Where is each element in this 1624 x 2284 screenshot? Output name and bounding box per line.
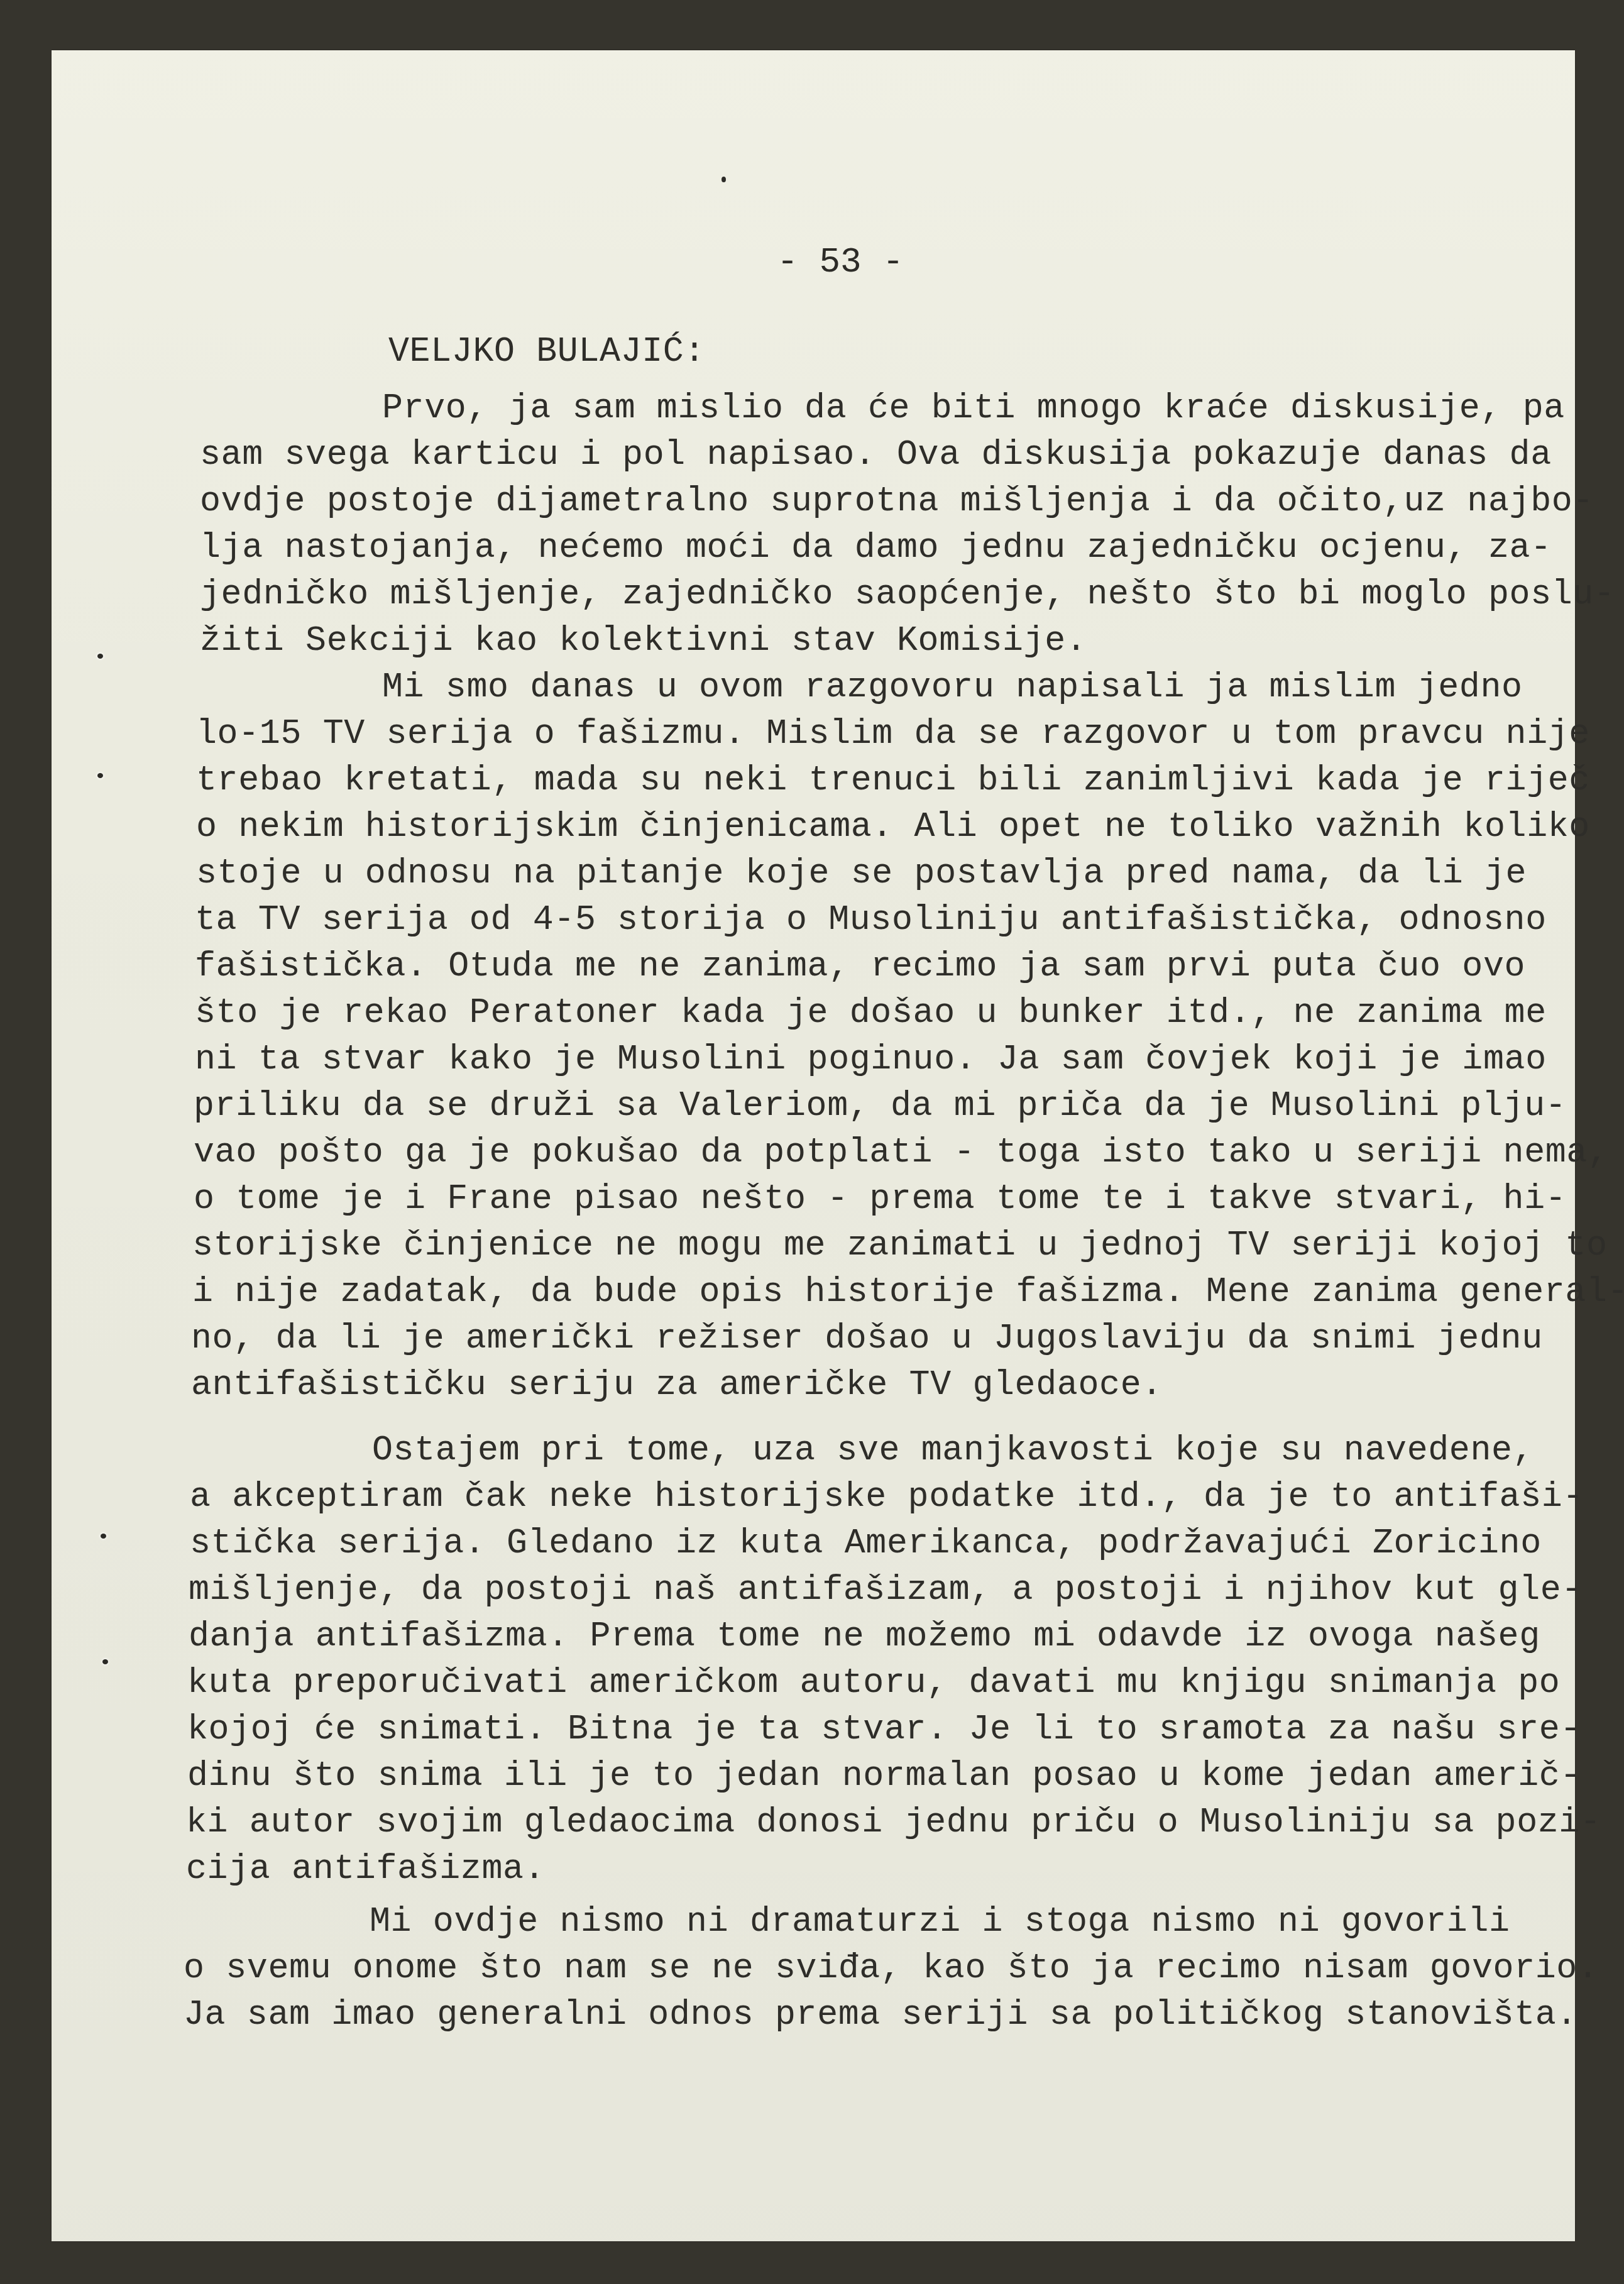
paragraph-4-line-3: Ja sam imao generalni odnos prema seriji…	[184, 1997, 1577, 2032]
paragraph-2-line-8: što je rekao Peratoner kada je došao u b…	[195, 996, 1547, 1030]
paragraph-3-line-10: cija antifašizma.	[186, 1852, 545, 1886]
paragraph-2-line-13: storijske činjenice ne mogu me zanimati …	[192, 1228, 1608, 1263]
paragraph-3-line-5: danja antifašizma. Prema tome ne možemo …	[189, 1619, 1540, 1654]
punch-hole-mark	[97, 654, 103, 659]
punch-hole-mark	[97, 773, 103, 778]
paragraph-3-line-6: kuta preporučivati američkom autoru, dav…	[187, 1666, 1560, 1700]
paragraph-2-line-2: lo-15 TV serija o fašizmu. Mislim da se …	[196, 716, 1590, 751]
paragraph-3-line-8: dinu što snima ili je to jedan normalan …	[187, 1759, 1581, 1793]
paragraph-2-line-5: stoje u odnosu na pitanje koje se postav…	[196, 856, 1527, 891]
paragraph-2-line-11: vao pošto ga je pokušao da potplati - to…	[194, 1135, 1609, 1170]
document-body: VELJKO BULAJIĆ: Prvo, ja sam mislio da ć…	[0, 0, 42, 1782]
paragraph-2-line-4: o nekim historijskim činjenicama. Ali op…	[196, 810, 1590, 844]
punch-hole-mark	[101, 1534, 106, 1539]
paragraph-2-line-14: i nije zadatak, da bude opis historije f…	[192, 1275, 1624, 1309]
paragraph-3-line-2: a akceptiram čak neke historijske podatk…	[190, 1480, 1584, 1514]
speaker-heading: VELJKO BULAJIĆ:	[388, 334, 705, 369]
paragraph-2-line-6: ta TV serija od 4-5 storija o Musoliniju…	[195, 903, 1547, 937]
paragraph-1-line-6: žiti Sekciji kao kolektivni stav Komisij…	[200, 623, 1087, 658]
paragraph-1-line-5: jedničko mišljenje, zajedničko saopćenje…	[200, 577, 1615, 612]
paragraph-1-line-1: Prvo, ja sam mislio da će biti mnogo kra…	[382, 391, 1565, 426]
paragraph-1-line-3: ovdje postoje dijametralno suprotna mišl…	[200, 484, 1594, 519]
paragraph-2-line-3: trebao kretati, mada su neki trenuci bil…	[196, 763, 1590, 798]
paragraph-4-line-1: Mi ovdje nismo ni dramaturzi i stoga nis…	[370, 1904, 1510, 1939]
paragraph-2-line-7: fašistička. Otuda me ne zanima, recimo j…	[195, 949, 1525, 984]
paragraph-3-line-7: kojoj će snimati. Bitna je ta stvar. Je …	[187, 1712, 1581, 1747]
paragraph-3-line-4: mišljenje, da postoji naš antifašizam, a…	[189, 1573, 1583, 1607]
ink-speck	[721, 177, 726, 182]
paragraph-4-line-2: o svemu onome što nam se ne sviđa, kao š…	[184, 1951, 1599, 1985]
paragraph-1-line-2: sam svega karticu i pol napisao. Ova dis…	[200, 437, 1552, 472]
paragraph-2-line-15: no, da li je američki režiser došao u Ju…	[191, 1321, 1543, 1356]
paragraph-2-line-16: antifašističku seriju za američke TV gle…	[191, 1368, 1163, 1402]
paragraph-2-line-1: Mi smo danas u ovom razgovoru napisali j…	[382, 670, 1523, 705]
paragraph-3-line-1: Ostajem pri tome, uza sve manjkavosti ko…	[372, 1433, 1533, 1468]
page-number: - 53 -	[0, 242, 1624, 282]
paragraph-3-line-3: stička serija. Gledano iz kuta Amerikanc…	[190, 1526, 1542, 1561]
paragraph-2-line-12: o tome je i Frane pisao nešto - prema to…	[194, 1182, 1566, 1216]
paragraph-3-line-9: ki autor svojim gledaocima donosi jednu …	[186, 1805, 1601, 1840]
paragraph-2-line-9: ni ta stvar kako je Musolini poginuo. Ja…	[195, 1042, 1547, 1077]
paragraph-2-line-10: priliku da se druži sa Valeriom, da mi p…	[194, 1089, 1566, 1123]
paragraph-1-line-4: lja nastojanja, nećemo moći da damo jedn…	[200, 530, 1552, 565]
punch-hole-mark	[102, 1659, 108, 1664]
